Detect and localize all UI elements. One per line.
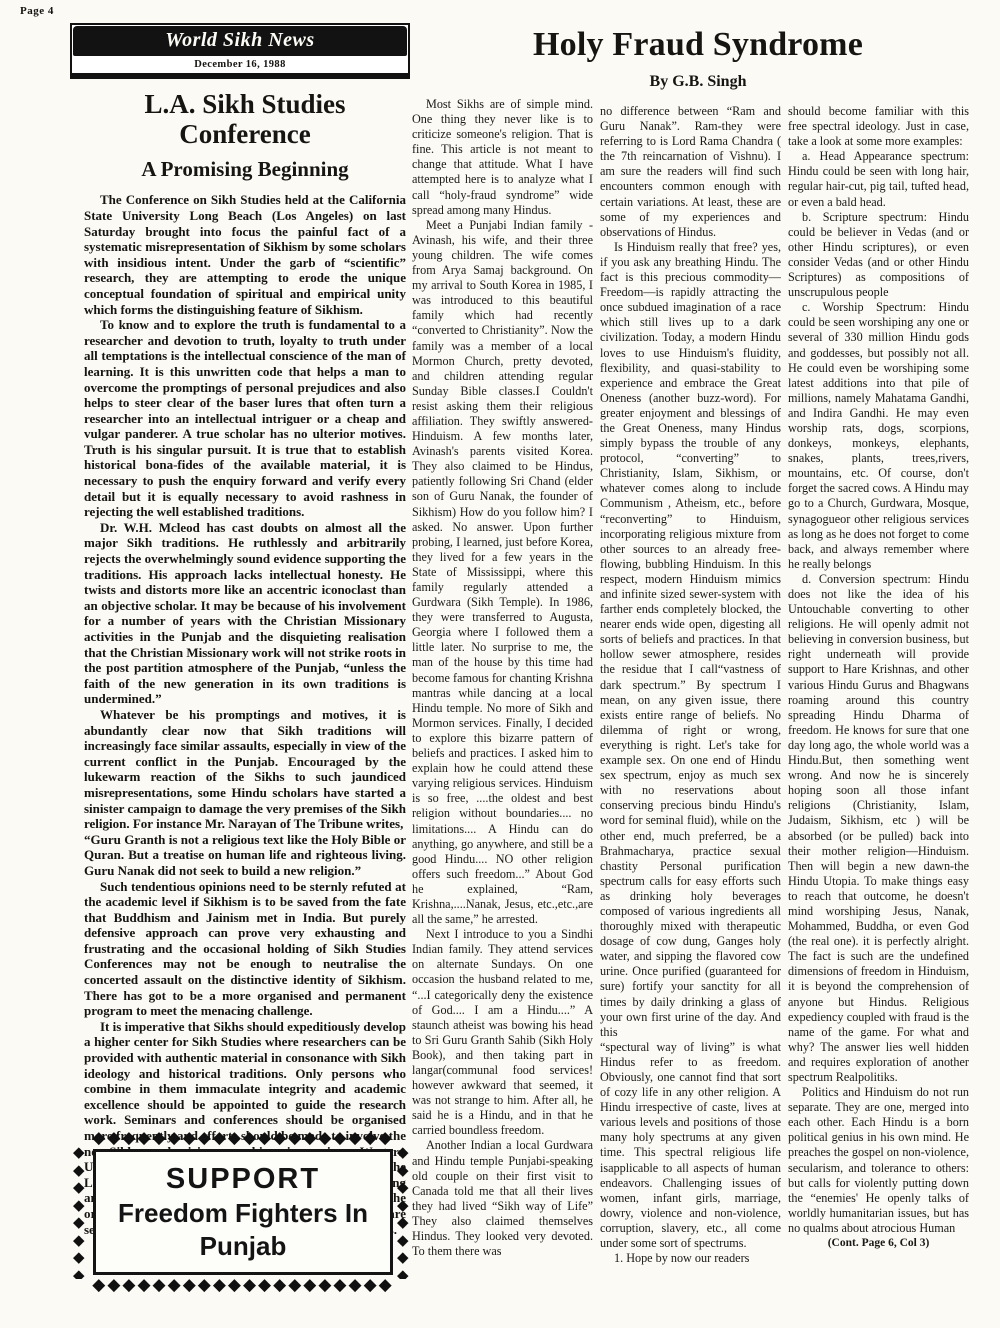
paragraph: d. Conversion spectrum: Hindu does not l… [788, 572, 969, 1085]
paragraph: should become familiar with this free sp… [788, 104, 969, 149]
paragraph: Next I introduce to you a Sindhi Indian … [412, 927, 593, 1138]
paragraph: b. Scripture spectrum: Hindu could be be… [788, 210, 969, 301]
right-article-column-2: no difference between “Ram and Guru Nana… [600, 104, 781, 1324]
diamond-border-icon: ◆◆◆◆◆◆◆◆◆◆◆◆◆◆◆◆◆◆◆◆ [76, 1128, 410, 1148]
right-article-headline: Holy Fraud Syndrome [420, 26, 976, 64]
support-ad-line: SUPPORT [166, 1163, 320, 1196]
paragraph: Most Sikhs are of simple mind. One thing… [412, 97, 593, 218]
support-ad-box: ◆◆◆◆◆◆◆◆◆◆◆◆◆◆◆◆◆◆◆◆ ◆◆◆◆◆◆◆◆ ◆◆◆◆◆◆◆◆ ◆… [76, 1131, 410, 1293]
paragraph: Meet a Punjabi Indian family -Avinash, h… [412, 218, 593, 927]
paragraph: no difference between “Ram and Guru Nana… [600, 104, 781, 240]
paragraph: To know and to explore the truth is fund… [84, 317, 406, 520]
right-article-column-3: should become familiar with this free sp… [788, 104, 969, 1324]
paragraph: c. Worship Spectrum: Hindu could be seen… [788, 300, 969, 572]
paragraph: Such tendentious opinions need to be ste… [84, 879, 406, 1019]
diamond-border-icon: ◆◆◆◆◆◆◆◆ [397, 1145, 413, 1279]
masthead-title-bar: World Sikh News [73, 26, 407, 56]
paragraph: 1. Hope by now our readers [600, 1251, 781, 1266]
right-article-column-1: Most Sikhs are of simple mind. One thing… [412, 97, 593, 1317]
pull-quote: “Guru Granth is not a religious text lik… [84, 832, 406, 879]
support-ad-line: Freedom Fighters In [118, 1198, 368, 1229]
masthead-title: World Sikh News [165, 29, 314, 51]
left-article: L.A. Sikh Studies Conference A Promising… [84, 90, 406, 1237]
right-article-byline: By G.B. Singh [420, 73, 976, 91]
diamond-border-icon: ◆◆◆◆◆◆◆◆ [73, 1145, 89, 1279]
right-article-header: Holy Fraud Syndrome By G.B. Singh [420, 26, 976, 91]
left-article-body: The Conference on Sikh Studies held at t… [84, 192, 406, 1237]
paragraph: The Conference on Sikh Studies held at t… [84, 192, 406, 317]
left-article-headline: L.A. Sikh Studies Conference [84, 90, 406, 149]
paragraph: a. Head Appearance spectrum: Hindu could… [788, 149, 969, 209]
support-ad-line: Punjab [200, 1231, 287, 1262]
paragraph: Dr. W.H. Mcleod has cast doubts on almos… [84, 520, 406, 707]
paragraph: Whatever be his promptings and motives, … [84, 707, 406, 832]
page-number-label: Page 4 [20, 5, 54, 17]
support-ad-inner-frame: SUPPORT Freedom Fighters In Punjab [93, 1149, 393, 1275]
masthead: World Sikh News December 16, 1988 [70, 23, 410, 79]
paragraph: “spectural way of living” is what Hindus… [600, 1040, 781, 1251]
paragraph: Is Hinduism really that free? yes, if yo… [600, 240, 781, 1040]
masthead-date: December 16, 1988 [72, 57, 408, 73]
left-article-subheadline: A Promising Beginning [84, 157, 406, 182]
paragraph: Politics and Hinduism do not run separat… [788, 1085, 969, 1236]
continuation-note: (Cont. Page 6, Col 3) [788, 1236, 969, 1251]
diamond-border-icon: ◆◆◆◆◆◆◆◆◆◆◆◆◆◆◆◆◆◆◆◆ [76, 1275, 410, 1295]
paragraph: Another Indian a local Gurdwara and Hind… [412, 1138, 593, 1259]
